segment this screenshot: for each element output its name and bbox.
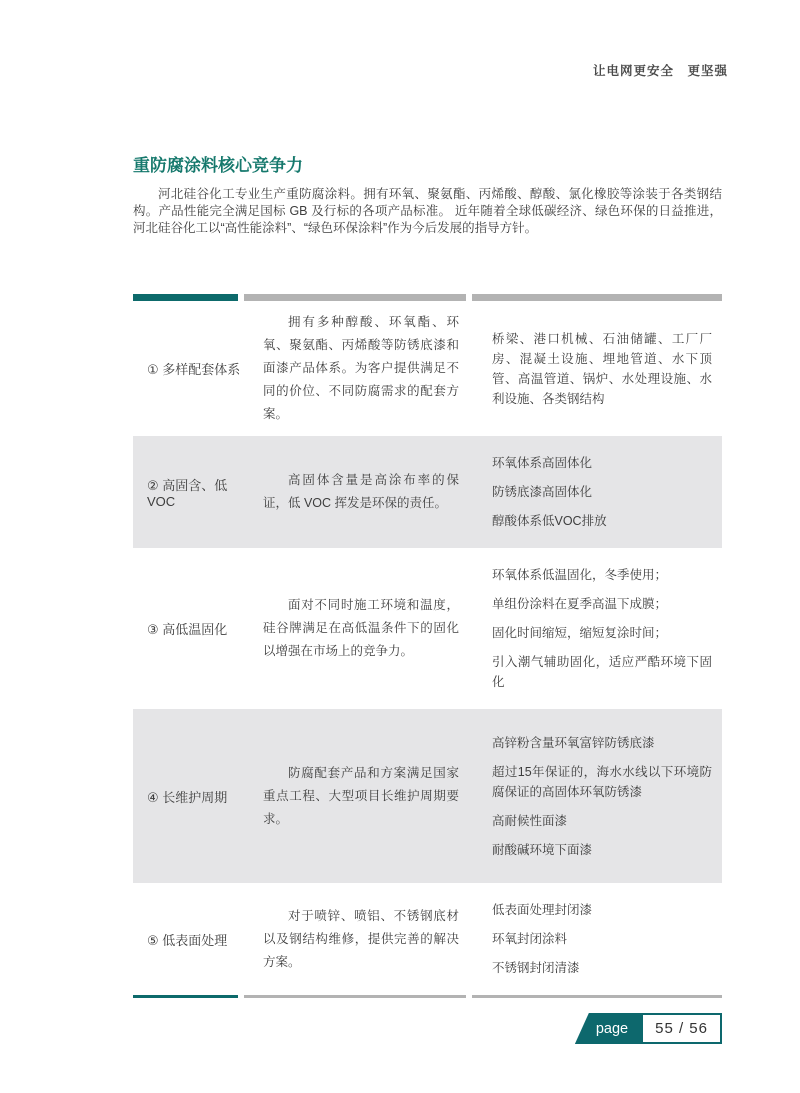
row-item: 环氧体系低温固化，冬季使用； [492,565,712,585]
row-item: 不锈钢封闭清漆 [492,958,712,978]
bottom-border-segment-desc [244,995,466,998]
row-description: 对于喷锌、喷铝、不锈钢底材以及钢结构维修，提供完善的解决方案。 [245,895,472,984]
row-label: ② 高固含、低VOC [133,475,245,509]
bottom-border-segment-items [472,995,722,998]
row-label: ③ 高低温固化 [133,619,245,638]
feature-table: ① 多样配套体系 拥有多种醇酸、环氧酯、环氧、聚氨酯、丙烯酸等防锈底漆和面漆产品… [133,294,722,998]
table-row: ① 多样配套体系 拥有多种醇酸、环氧酯、环氧、聚氨酯、丙烯酸等防锈底漆和面漆产品… [133,301,722,436]
row-item: 醇酸体系低VOC排放 [492,511,712,531]
row-description: 面对不同时施工环境和温度，硅谷牌满足在高低温条件下的固化以增强在市场上的竞争力。 [245,584,472,673]
row-item: 单组份涂料在夏季高温下成膜； [492,594,712,614]
row-item: 耐酸碱环境下面漆 [492,840,712,860]
row-items: 低表面处理封闭漆 环氧封闭涂料 不锈钢封闭清漆 [472,883,722,995]
row-items: 高锌粉含量环氧富锌防锈底漆 超过15年保证的，海水水线以下环境防腐保证的高固体环… [472,716,722,877]
row-item: 高耐候性面漆 [492,811,712,831]
top-border-segment-desc [244,294,466,301]
row-items: 桥梁、港口机械、石油储罐、工厂厂房、混凝土设施、埋地管道、水下顶管、高温管道、锅… [472,312,722,426]
top-border-segment-items [472,294,722,301]
header-slogan: 让电网更安全 更坚强 [593,61,728,79]
row-description: 高固体含量是高涂布率的保证，低 VOC 挥发是环保的责任。 [245,459,472,525]
row-description: 拥有多种醇酸、环氧酯、环氧、聚氨酯、丙烯酸等防锈底漆和面漆产品体系。为客户提供满… [245,301,472,436]
row-item: 环氧体系高固体化 [492,453,712,473]
row-item: 环氧封闭涂料 [492,929,712,949]
top-border-segment-label [133,294,238,301]
table-row: ⑤ 低表面处理 对于喷锌、喷铝、不锈钢底材以及钢结构维修，提供完善的解决方案。 … [133,883,722,995]
row-items: 环氧体系低温固化，冬季使用； 单组份涂料在夏季高温下成膜； 固化时间缩短，缩短复… [472,548,722,709]
row-items: 环氧体系高固体化 防锈底漆高固体化 醇酸体系低VOC排放 [472,436,722,548]
row-item: 防锈底漆高固体化 [492,482,712,502]
main-content: 重防腐涂料核心竞争力 河北硅谷化工专业生产重防腐涂料。拥有环氧、聚氨酯、丙烯酸、… [133,155,722,998]
row-item: 高锌粉含量环氧富锌防锈底漆 [492,733,712,753]
table-top-border [133,294,722,301]
table-bottom-border [133,995,722,998]
row-description: 防腐配套产品和方案满足国家重点工程、大型项目长维护周期要求。 [245,752,472,841]
section-title: 重防腐涂料核心竞争力 [133,155,722,177]
row-item: 低表面处理封闭漆 [492,900,712,920]
row-item: 桥梁、港口机械、石油储罐、工厂厂房、混凝土设施、埋地管道、水下顶管、高温管道、锅… [492,329,712,409]
row-label: ⑤ 低表面处理 [133,930,245,949]
table-row: ③ 高低温固化 面对不同时施工环境和温度，硅谷牌满足在高低温条件下的固化以增强在… [133,548,722,709]
page-label-tab: page [575,1013,641,1044]
bottom-border-segment-label [133,995,238,998]
row-label: ④ 长维护周期 [133,787,245,806]
row-label: ① 多样配套体系 [133,359,245,378]
row-item: 超过15年保证的，海水水线以下环境防腐保证的高固体环氧防锈漆 [492,762,712,802]
table-row: ② 高固含、低VOC 高固体含量是高涂布率的保证，低 VOC 挥发是环保的责任。… [133,436,722,548]
table-row: ④ 长维护周期 防腐配套产品和方案满足国家重点工程、大型项目长维护周期要求。 高… [133,709,722,883]
row-item: 引入潮气辅助固化，适应严酷环境下固化 [492,652,712,692]
page-number: 55 / 56 [641,1013,722,1044]
row-item: 固化时间缩短，缩短复涂时间； [492,623,712,643]
intro-paragraph: 河北硅谷化工专业生产重防腐涂料。拥有环氧、聚氨酯、丙烯酸、醇酸、氯化橡胶等涂装于… [133,186,722,237]
page-badge: page 55 / 56 [575,1013,722,1044]
